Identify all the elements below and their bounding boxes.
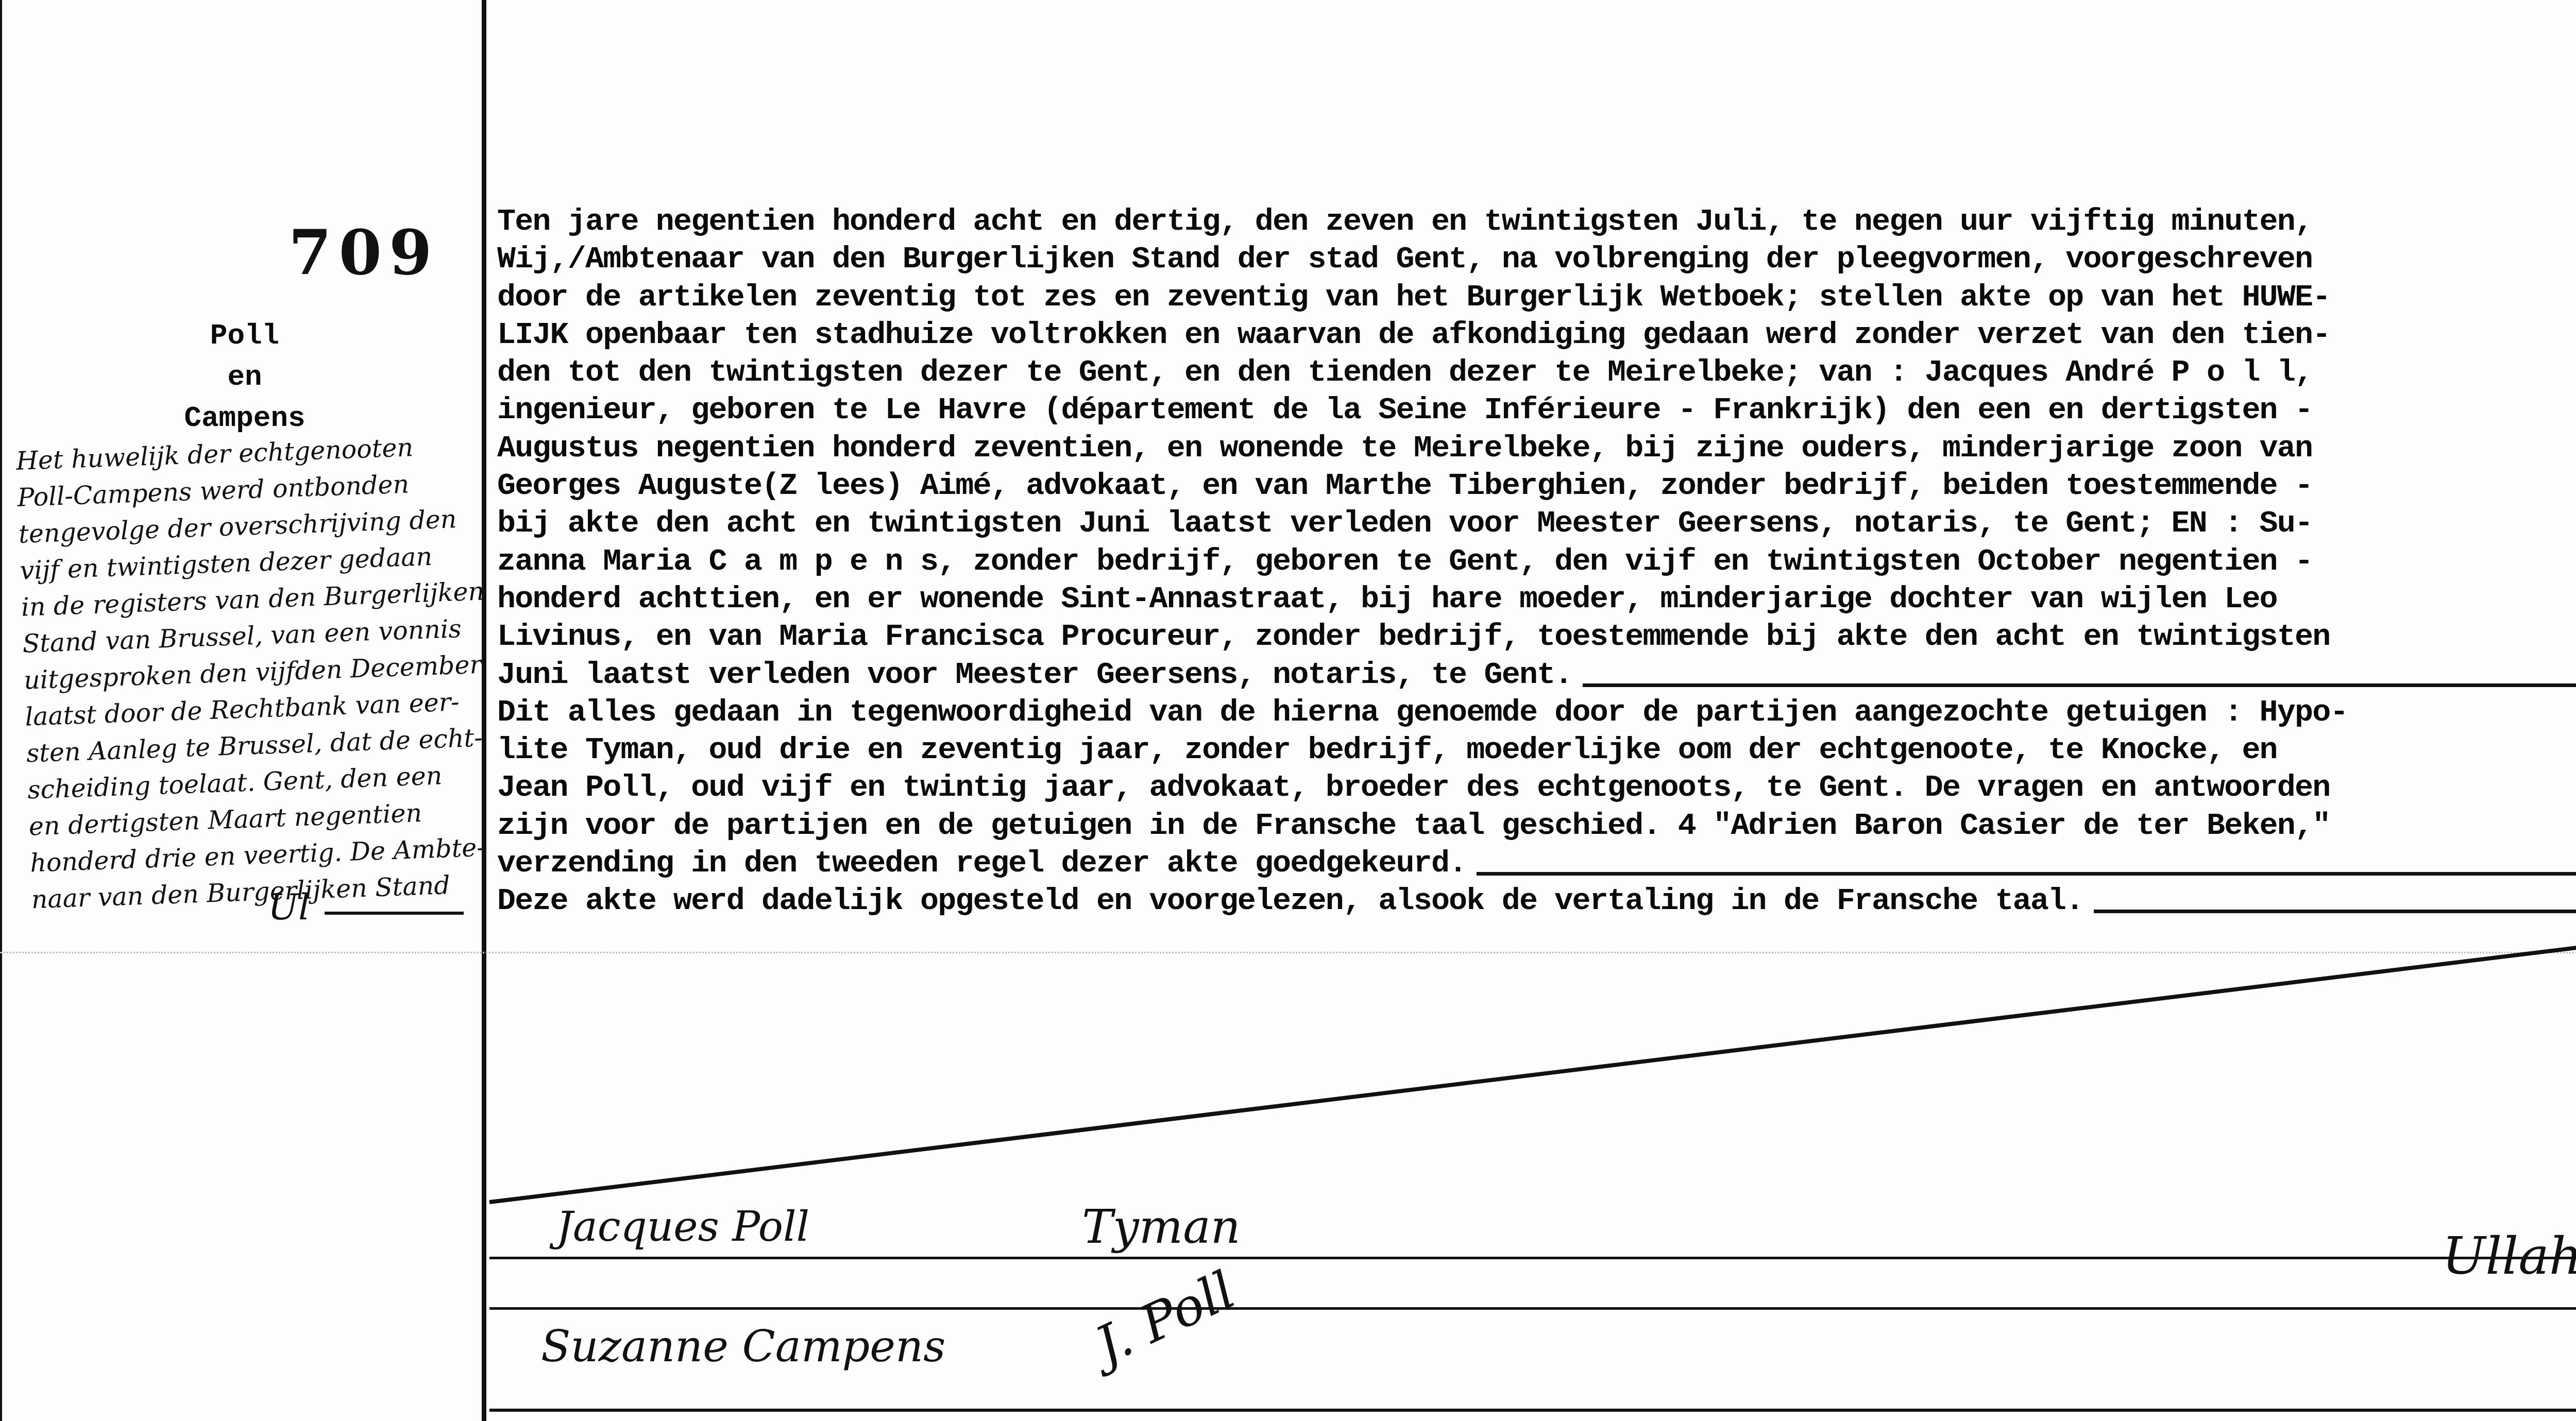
act-text-line: lite Tyman, oud drie en zeventig jaar, z… [497,732,2576,769]
marriage-act-body: Ten jare negentien honderd acht en derti… [497,203,2576,921]
act-text-line-content: den tot den twintigsten dezer te Gent, e… [497,355,2312,390]
act-text-line-content: Jean Poll, oud vijf en twintig jaar, adv… [497,771,2330,806]
dotted-guide-line [0,952,2576,953]
act-text-line-content: honderd achttien, en er wonende Sint-Ann… [497,582,2277,617]
act-text-line-content: Augustus negentien honderd zeventien, en… [497,431,2312,466]
left-page-edge [0,0,2,1421]
margin-groom-name: Poll [116,319,374,352]
act-text-line-content: bij akte den acht en twintigsten Juni la… [497,506,2312,541]
act-text-line-content: Dit alles gedaan in tegenwoordigheid van… [497,695,2348,730]
act-number: 709 [289,216,439,289]
act-text-line: Juni laatst verleden voor Meester Geerse… [497,657,2576,694]
margin-conjunction: en [116,361,374,393]
act-text-line-content: Livinus, en van Maria Francisca Procureu… [497,620,2330,655]
act-text-line: Livinus, en van Maria Francisca Procureu… [497,619,2576,656]
act-text-line-content: door de artikelen zeventig tot zes en ze… [497,280,2330,315]
act-text-line: door de artikelen zeventig tot zes en ze… [497,279,2576,317]
signature-line-3 [489,1409,2576,1412]
act-text-line: Dit alles gedaan in tegenwoordigheid van… [497,694,2576,732]
act-text-line-content: zanna Maria C a m p e n s, zonder bedrij… [497,544,2312,579]
act-text-line-content: Georges Auguste(Z lees) Aimé, advokaat, … [497,469,2312,504]
act-text-line: verzending in den tweeden regel dezer ak… [497,845,2576,883]
act-text-line: zanna Maria C a m p e n s, zonder bedrij… [497,543,2576,581]
act-text-line-content: verzending in den tweeden regel dezer ak… [497,846,1466,881]
groom-signature: Jacques Poll [556,1203,809,1251]
act-text-line: Deze akte werd dadelijk opgesteld en voo… [497,883,2576,920]
act-text-line: Ten jare negentien honderd acht en derti… [497,203,2576,241]
act-text-line: ingenieur, geboren te Le Havre (départem… [497,392,2576,430]
act-text-line: Augustus negentien honderd zeventien, en… [497,430,2576,468]
act-text-line: Georges Auguste(Z lees) Aimé, advokaat, … [497,468,2576,505]
act-text-line-content: LIJK openbaar ten stadhuize voltrokken e… [497,318,2330,353]
act-text-line-content: Ten jare negentien honderd acht en derti… [497,204,2312,239]
civil-register-page: 119 Aow 709 Poll en Campens Het huwelijk… [0,0,2576,1421]
act-text-line-content: Wij,/Ambtenaar van den Burgerlijken Stan… [497,242,2312,277]
witness-poll-signature: J. Poll [1087,1260,1244,1376]
signature-line-1 [489,1257,2576,1259]
signature-line-2 [489,1307,2576,1310]
act-text-line: zijn voor de partijen en de getuigen in … [497,808,2576,845]
act-text-line-content: Deze akte werd dadelijk opgesteld en voo… [497,884,2083,919]
handwritten-margin-annotation: Het huwelijk der echtgenootenPoll-Campen… [15,427,490,918]
witness-tyman-signature: Tyman [1082,1200,1241,1254]
bride-signature: Suzanne Campens [541,1321,945,1372]
act-text-line: honderd achttien, en er wonende Sint-Ann… [497,581,2576,619]
act-text-line-content: ingenieur, geboren te Le Havre (départem… [497,393,2312,428]
closing-diagonal-line [489,935,2576,1204]
act-text-line: Jean Poll, oud vijf en twintig jaar, adv… [497,769,2576,807]
margin-annotation-initials: Ul [268,886,310,928]
act-text-line: LIJK openbaar ten stadhuize voltrokken e… [497,317,2576,354]
officer-signature: Ullah [2442,1226,2576,1286]
act-text-line: Wij,/Ambtenaar van den Burgerlijken Stan… [497,241,2576,279]
act-text-line-content: zijn voor de partijen en de getuigen in … [497,809,2330,844]
act-text-line: den tot den twintigsten dezer te Gent, e… [497,354,2576,392]
line-filler-stroke [2094,910,2576,913]
margin-bride-name: Campens [116,402,374,435]
act-text-line: bij akte den acht en twintigsten Juni la… [497,505,2576,543]
act-text-line-content: lite Tyman, oud drie en zeventig jaar, z… [497,733,2277,768]
line-filler-stroke [1477,872,2576,876]
line-filler-stroke [1583,683,2576,687]
act-text-line-content: Juni laatst verleden voor Meester Geerse… [497,658,1572,693]
